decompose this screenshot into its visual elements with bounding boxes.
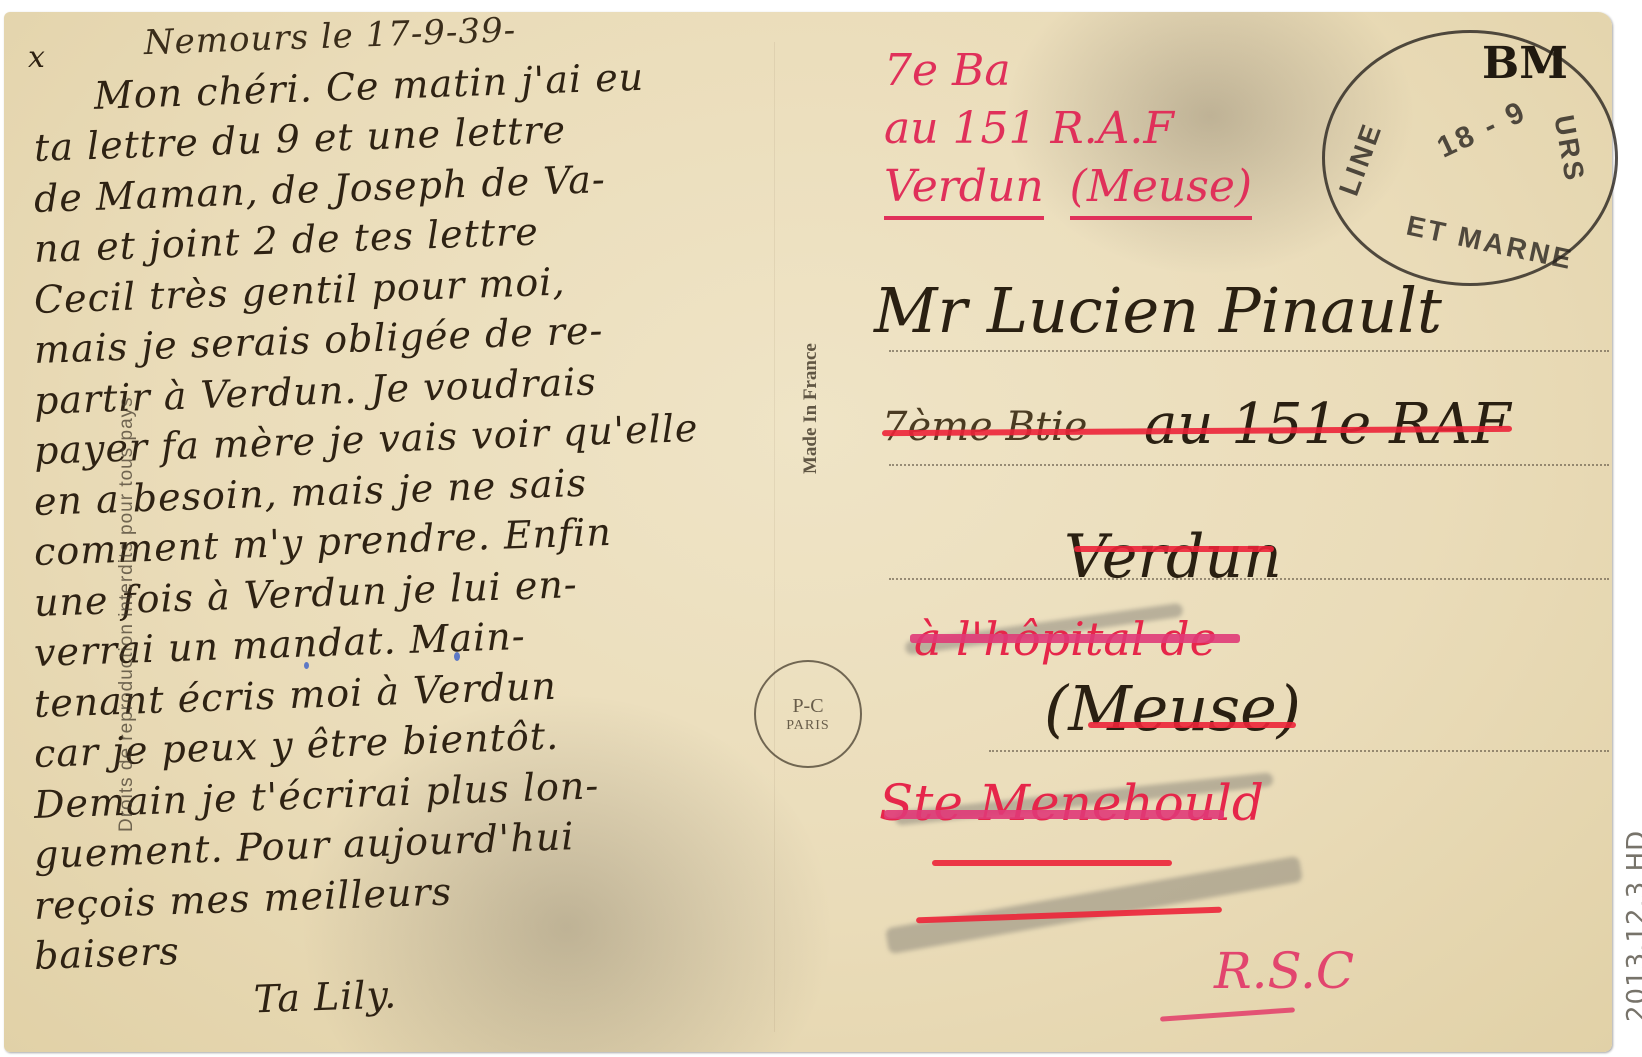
address-dotted-line (989, 750, 1609, 752)
red-header-line2: au 151 R.A.F (884, 100, 1278, 158)
red-header-dept: (Meuse) (1070, 161, 1252, 220)
red-header-city: Verdun (884, 161, 1044, 220)
address-dotted-line (889, 350, 1609, 352)
red-header-line1: 7e Ba (884, 42, 1278, 100)
unit-text: au 151e RAF (1144, 392, 1511, 457)
postcard: x Nemours le 17-9-39- Mon chéri. Ce mati… (4, 12, 1612, 1052)
red-redirect-header: 7e Ba au 151 R.A.F Verdun(Meuse) (884, 42, 1278, 216)
pc-stamp-line2: PARIS (786, 718, 829, 734)
handwritten-message: Nemours le 17-9-39- Mon chéri. Ce matin … (34, 22, 854, 1032)
red-city-struck-text: Ste Menehould (879, 774, 1264, 832)
blue-ink-speck (454, 652, 460, 661)
pc-stamp-line1: P-C (792, 695, 823, 718)
red-underline (1160, 1007, 1295, 1021)
red-underline (932, 860, 1172, 866)
bm-overmark: BM (1482, 38, 1568, 89)
pc-paris-stamp: P-C PARIS (754, 660, 862, 768)
city-text: Verdun (1064, 522, 1282, 592)
red-strike-line (1074, 546, 1274, 552)
red-strike-line (910, 634, 1240, 643)
recipient-name: Mr Lucien Pinault (874, 274, 1442, 347)
red-strike-line (884, 810, 1224, 819)
department-text: (Meuse) (1044, 672, 1301, 745)
postmark-cancellation: LINE ET MARNE URS 18 - 9 (1322, 30, 1618, 286)
postmark-bottom-arc: ET MARNE (1404, 210, 1577, 277)
red-initials: R.S.C (1214, 942, 1354, 1000)
red-strike-line (1088, 722, 1296, 728)
red-header-line3: Verdun(Meuse) (884, 158, 1278, 216)
postmark-right-arc: URS (1547, 113, 1590, 186)
address-dotted-line (889, 464, 1609, 466)
blue-ink-speck (304, 662, 309, 669)
postmark-date: 18 - 9 (1432, 95, 1532, 166)
unit-struck-text: 7ème Btie (882, 404, 1087, 450)
catalog-number-pencil: 2013.12.3 HD (1622, 830, 1642, 1022)
postmark-left-arc: LINE (1333, 118, 1389, 200)
pencil-scribble (885, 856, 1303, 955)
made-in-france-print: Made In France (800, 343, 822, 474)
rights-notice-vertical: Droits de reproduction interdits pour to… (116, 396, 138, 832)
